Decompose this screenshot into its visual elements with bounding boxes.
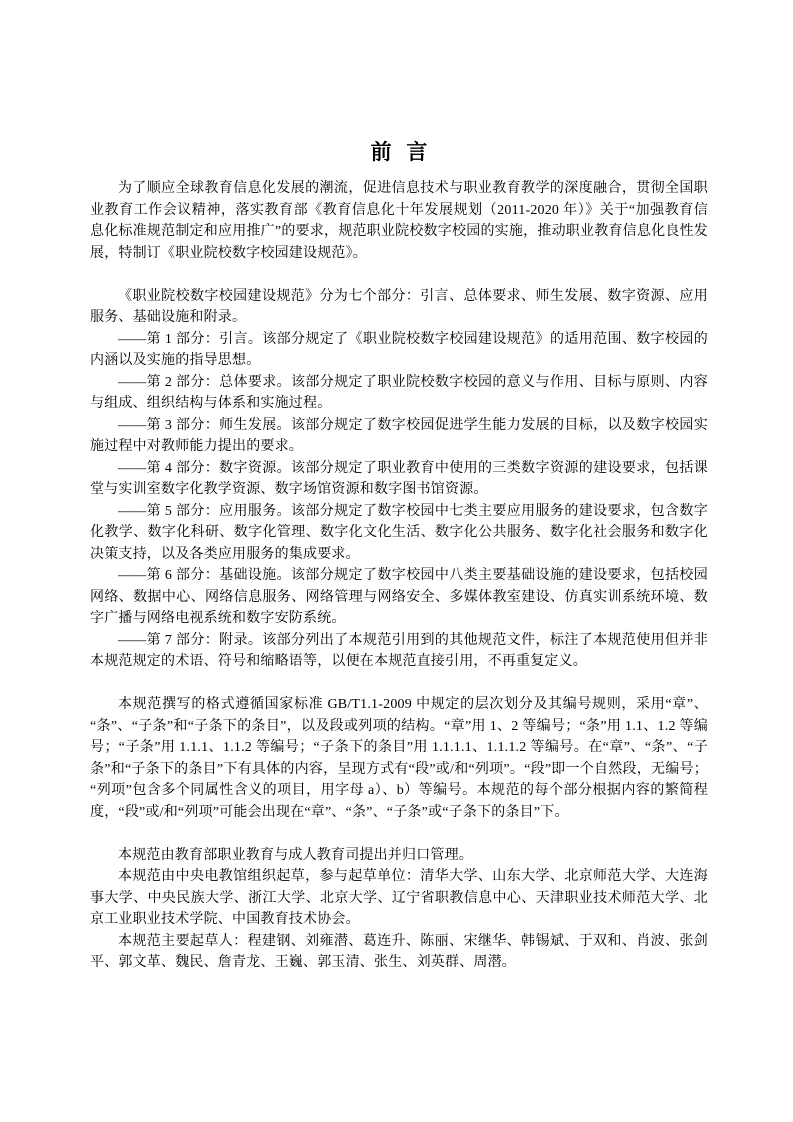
text-section: 《职业院校数字校园建设规范》分为七个部分：引言、总体要求、师生发展、数字资源、应… xyxy=(90,286,708,673)
paragraph: ——第 7 部分：附录。该部分列出了本规范引用到的其他规范文件，标注了本规范使用… xyxy=(90,630,708,673)
paragraph: 本规范由中央电教馆组织起草，参与起草单位：清华大学、山东大学、北京师范大学、大连… xyxy=(90,866,708,931)
paragraph: 本规范主要起草人：程建钢、刘雍潜、葛连升、陈丽、宋继华、韩锡斌、于双和、肖波、张… xyxy=(90,931,708,974)
paragraph: ——第 4 部分：数字资源。该部分规定了职业教育中使用的三类数字资源的建设要求，… xyxy=(90,458,708,501)
paragraph: ——第 3 部分：师生发展。该部分规定了数字校园促进学生能力发展的目标，以及数字… xyxy=(90,415,708,458)
paragraph: ——第 2 部分：总体要求。该部分规定了职业院校数字校园的意义与作用、目标与原则… xyxy=(90,372,708,415)
preface-body: 为了顺应全球教育信息化发展的潮流，促进信息技术与职业教育教学的深度融合，贯彻全国… xyxy=(90,178,708,974)
text-section: 本规范由教育部职业教育与成人教育司提出并归口管理。本规范由中央电教馆组织起草，参… xyxy=(90,845,708,974)
paragraph: ——第 6 部分：基础设施。该部分规定了数字校园中八类主要基础设施的建设要求，包… xyxy=(90,565,708,630)
paragraph: ——第 1 部分：引言。该部分规定了《职业院校数字校园建设规范》的适用范围、数字… xyxy=(90,329,708,372)
text-section: 本规范撰写的格式遵循国家标准 GB/T1.1-2009 中规定的层次划分及其编号… xyxy=(90,694,708,823)
document-page: 前 言 为了顺应全球教育信息化发展的潮流，促进信息技术与职业教育教学的深度融合，… xyxy=(0,0,793,1122)
page-title: 前 言 xyxy=(90,140,708,164)
paragraph: 为了顺应全球教育信息化发展的潮流，促进信息技术与职业教育教学的深度融合，贯彻全国… xyxy=(90,178,708,264)
paragraph: 本规范撰写的格式遵循国家标准 GB/T1.1-2009 中规定的层次划分及其编号… xyxy=(90,694,708,823)
paragraph: 本规范由教育部职业教育与成人教育司提出并归口管理。 xyxy=(90,845,708,867)
text-section: 为了顺应全球教育信息化发展的潮流，促进信息技术与职业教育教学的深度融合，贯彻全国… xyxy=(90,178,708,264)
paragraph: ——第 5 部分：应用服务。该部分规定了数字校园中七类主要应用服务的建设要求，包… xyxy=(90,501,708,566)
paragraph: 《职业院校数字校园建设规范》分为七个部分：引言、总体要求、师生发展、数字资源、应… xyxy=(90,286,708,329)
